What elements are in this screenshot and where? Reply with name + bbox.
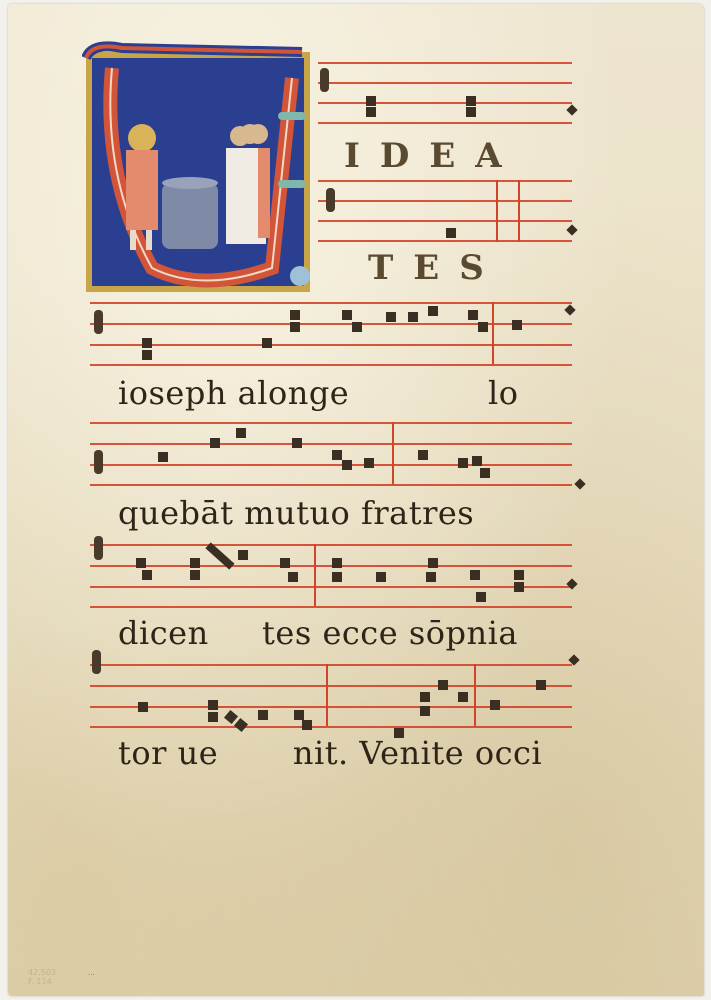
pencil-line-1: 42.503 (28, 968, 56, 977)
lyric-line-3: dicen tes ecce sōpnia (118, 614, 518, 652)
display-capitals-line-1: IDEA (344, 136, 522, 176)
lyric-line-1: ioseph alonge (118, 374, 349, 412)
lyric-line-1-end: lo (488, 374, 519, 412)
staff-2 (318, 180, 572, 242)
staff-6 (90, 664, 572, 726)
lyric-line-4: tor ue nit. Venite occi (118, 734, 542, 772)
pencil-inventory-marks: 42.503 F. 114 (28, 968, 56, 986)
display-capitals-line-2: TES (368, 248, 504, 288)
pencil-line-2: F. 114 (28, 977, 56, 986)
red-mark: ··· (88, 971, 95, 979)
staff-4 (90, 422, 572, 484)
lyric-line-2: quebāt mutuo fratres (118, 494, 474, 532)
staff-3 (90, 302, 572, 364)
staff-5 (90, 544, 572, 606)
historiated-initial-v (82, 38, 314, 296)
staff-1 (318, 62, 572, 124)
